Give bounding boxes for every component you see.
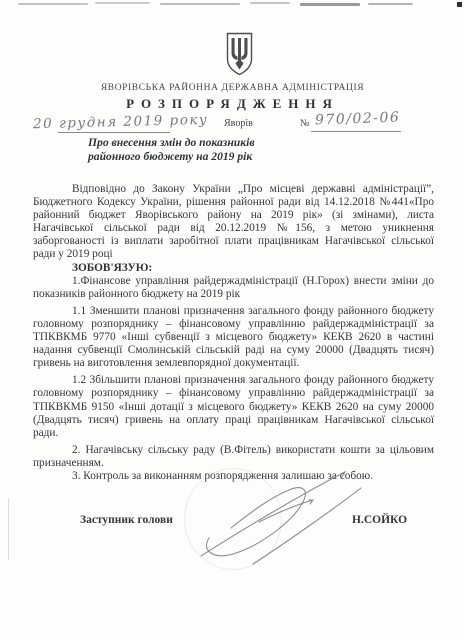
scan-corner-dot: [457, 2, 462, 7]
document-body: Відповідно до Закону України „Про місцев…: [33, 183, 434, 483]
obligate-heading: ЗОБОВ'ЯЗУЮ:: [33, 262, 434, 275]
body-item-1-2: 1.2 Збільшити планові призначення загаль…: [33, 374, 434, 439]
scan-edge-artifacts: [0, 0, 465, 8]
document-title-line1: Про внесення змін до показників: [88, 136, 388, 150]
handwritten-signature: [195, 460, 373, 566]
organization-name: ЯВОРІВСЬКА РАЙОННА ДЕРЖАВНА АДМІНІСТРАЦІ…: [0, 83, 465, 93]
number-underline: [311, 131, 401, 132]
ukraine-trident-emblem-icon: [226, 32, 253, 76]
signature-row: Заступник голови Н.СОЙКО: [0, 514, 465, 530]
signer-name: Н.СОЙКО: [352, 514, 407, 526]
handwritten-number: 970/02-06: [315, 110, 401, 129]
body-item-1-1: 1.1 Зменшити планові призначення загальн…: [33, 305, 434, 370]
document-title-line2: районного бюджету на 2019 рік: [88, 150, 388, 164]
document-meta-row: 20 грудня 2019 року Яворів № 970/02-06: [0, 110, 465, 136]
scanned-document-page: ЯВОРІВСЬКА РАЙОННА ДЕРЖАВНА АДМІНІСТРАЦІ…: [0, 0, 465, 640]
body-item-1: 1.Фінансове управління райдержадміністра…: [33, 275, 434, 301]
signer-position: Заступник голови: [80, 514, 173, 526]
handwritten-date: 20 грудня 2019 року: [33, 112, 209, 133]
place-label: Яворів: [224, 118, 253, 129]
document-title: Про внесення змін до показників районног…: [88, 136, 388, 164]
date-underline: [58, 132, 170, 133]
number-sign: №: [300, 118, 310, 129]
intro-paragraph: Відповідно до Закону України „Про місцев…: [33, 183, 434, 262]
